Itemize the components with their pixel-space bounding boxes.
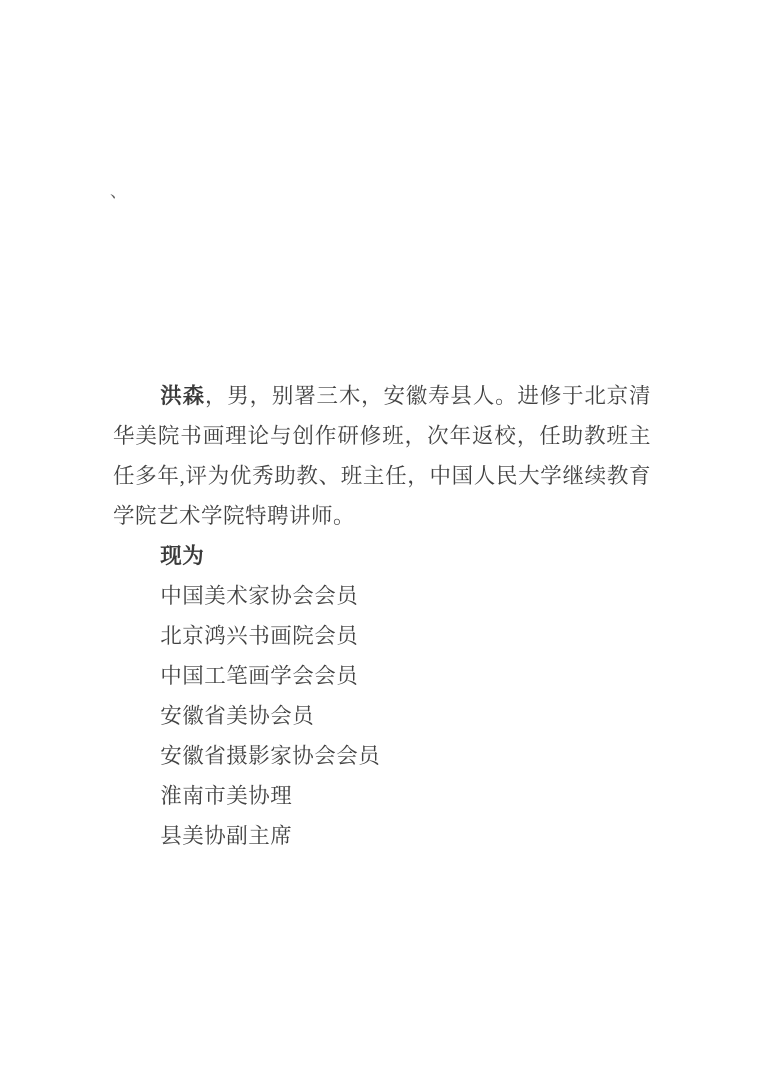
artist-name: 洪森 [160, 384, 205, 408]
membership-item: 中国工笔画学会会员 [113, 656, 651, 696]
membership-item: 县美协副主席 [113, 816, 651, 856]
membership-list: 中国美术家协会会员 北京鸿兴书画院会员 中国工笔画学会会员 安徽省美协会员 安徽… [113, 576, 651, 856]
section-heading-currently: 现为 [113, 536, 651, 576]
membership-item: 北京鸿兴书画院会员 [113, 616, 651, 656]
membership-item: 中国美术家协会会员 [113, 576, 651, 616]
bio-paragraph: 洪森，男，别署三木，安徽寿县人。进修于北京清华美院书画理论与创作研修班，次年返校… [113, 376, 651, 536]
document-content: 洪森，男，别署三木，安徽寿县人。进修于北京清华美院书画理论与创作研修班，次年返校… [113, 376, 651, 856]
membership-item: 安徽省摄影家协会会员 [113, 736, 651, 776]
membership-item: 安徽省美协会员 [113, 696, 651, 736]
document-page: 、 洪森，男，别署三木，安徽寿县人。进修于北京清华美院书画理论与创作研修班，次年… [0, 0, 763, 1080]
membership-item: 淮南市美协理 [113, 776, 651, 816]
stray-punctuation-mark: 、 [110, 183, 127, 200]
